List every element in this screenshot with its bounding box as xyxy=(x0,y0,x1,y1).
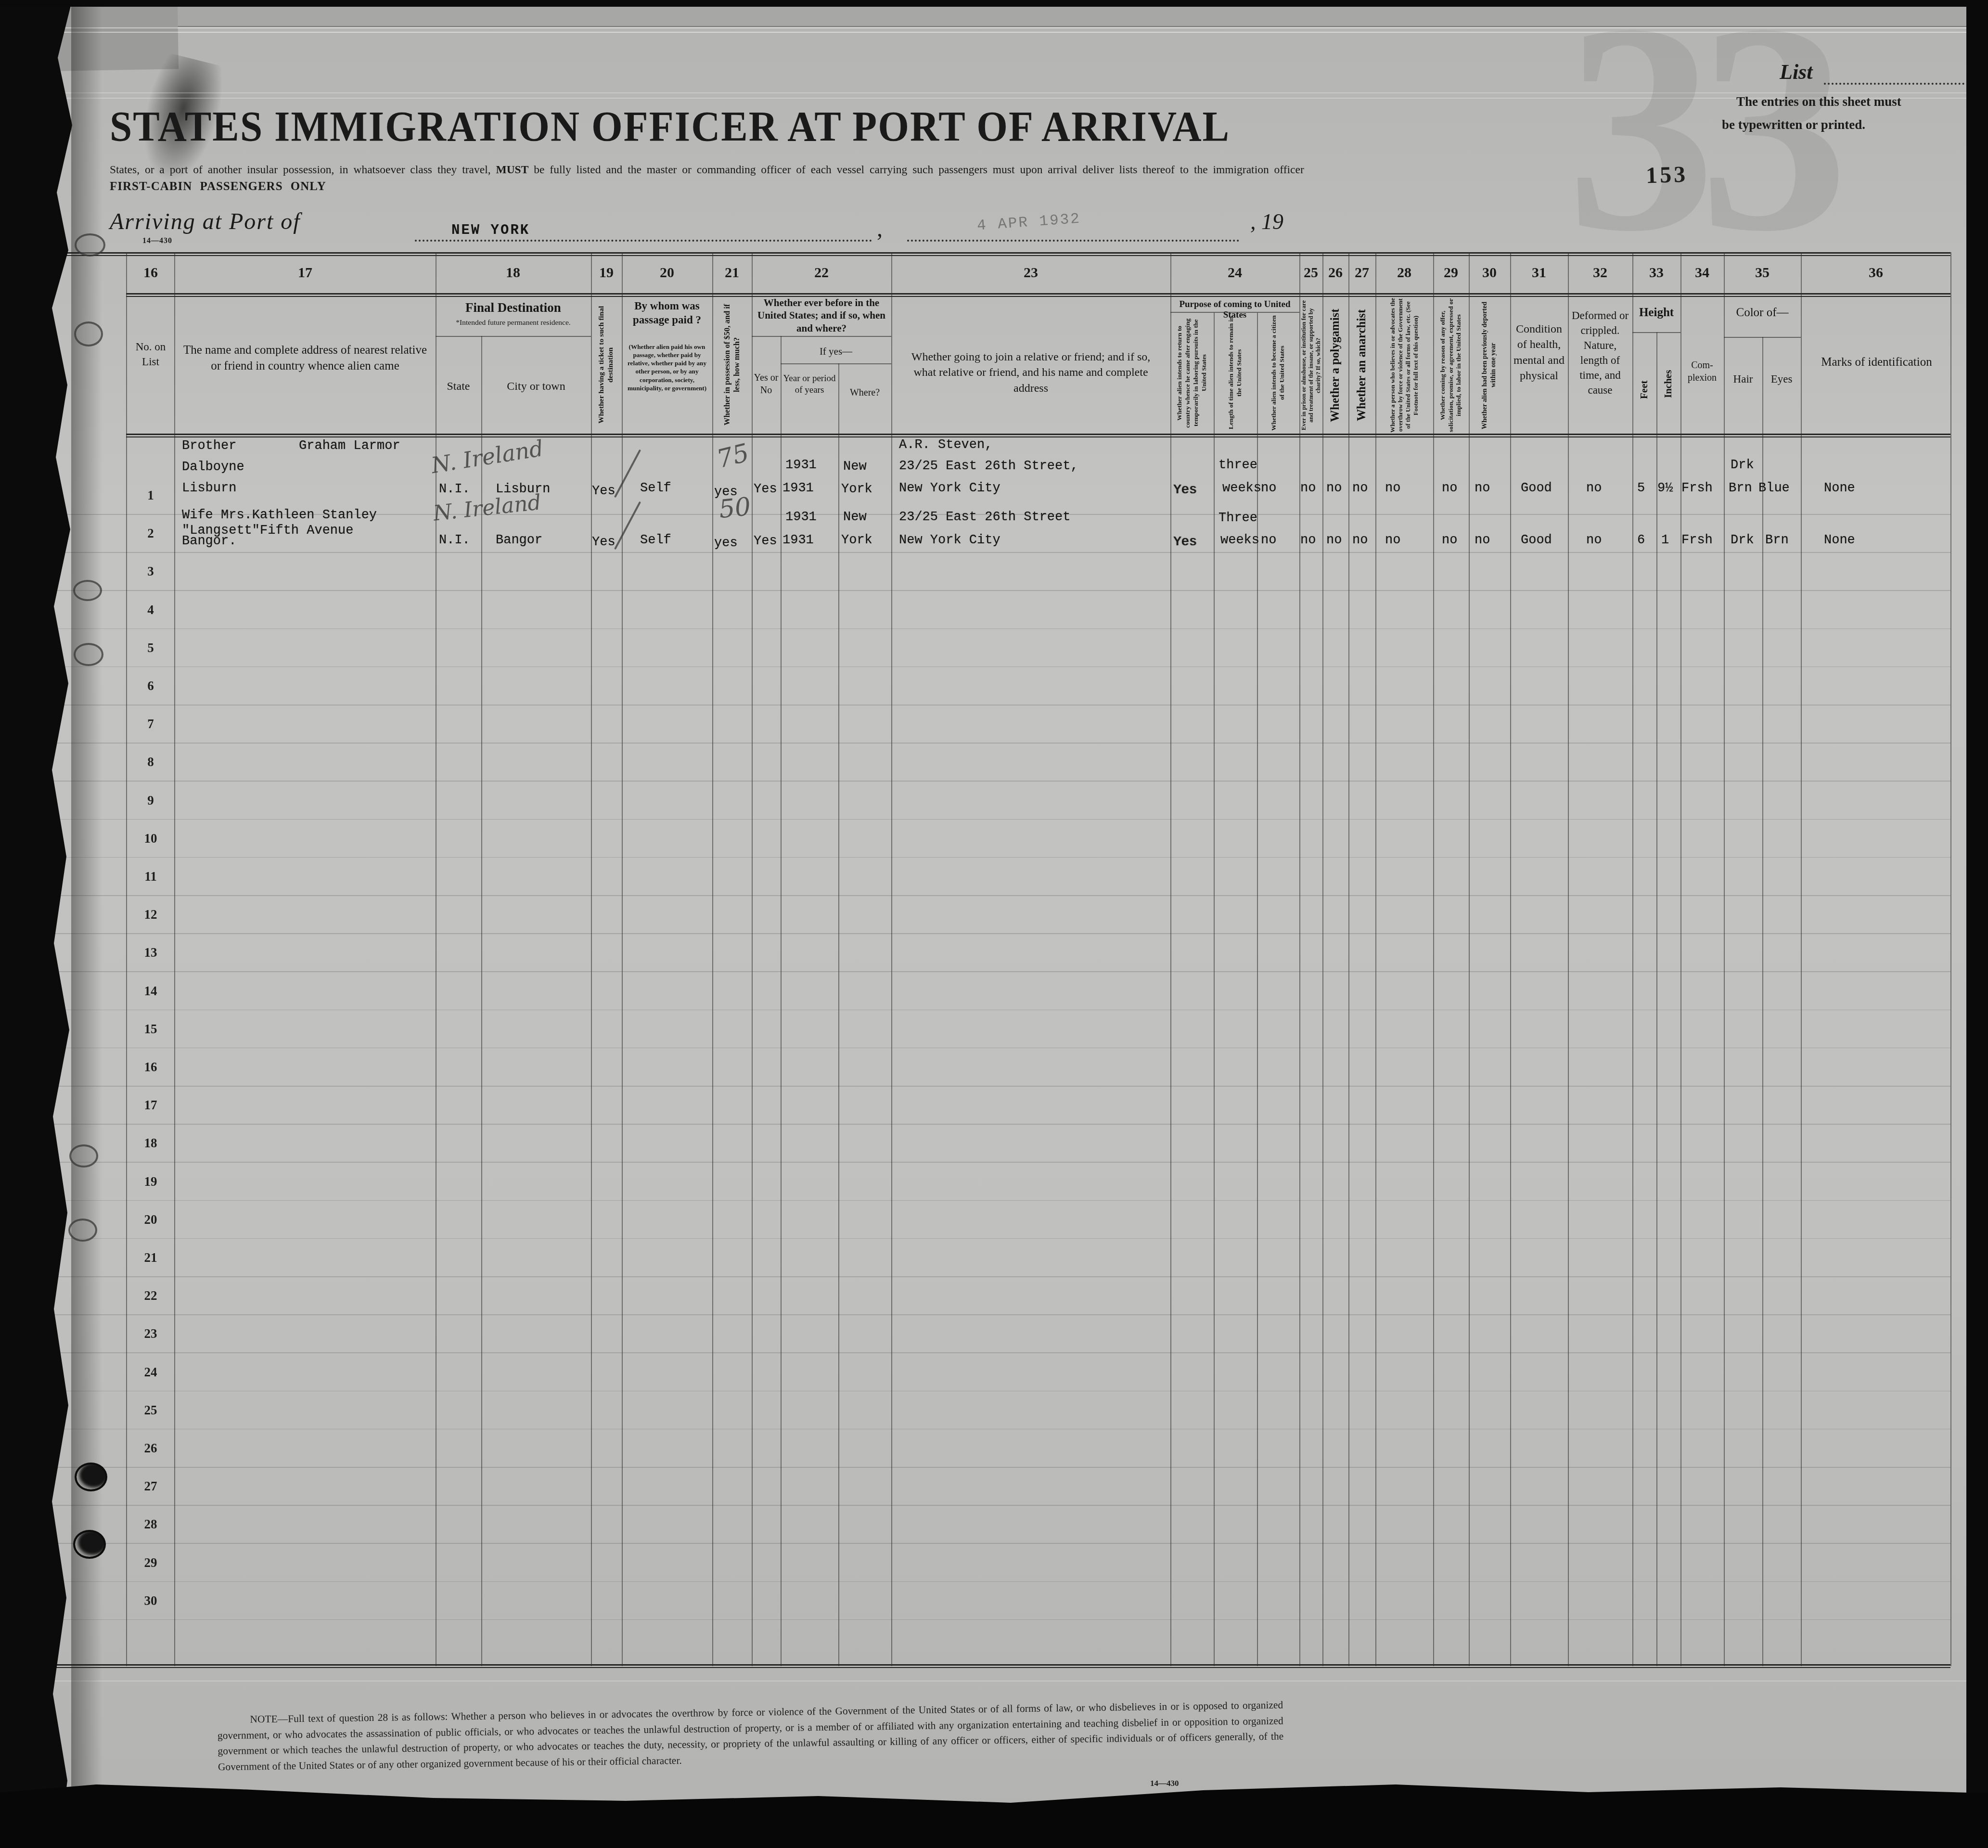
header-number-divider xyxy=(126,293,1950,297)
scanned-manifest-page: 33 STATES IMMIGRATION OFFICER AT PORT OF… xyxy=(0,0,1988,1848)
header-passage-paid-note: (Whether alien paid his own passage, whe… xyxy=(626,343,708,392)
row-line xyxy=(46,781,1950,782)
header-purpose-length: Length of time alien intends to remain i… xyxy=(1215,315,1256,431)
cell-paid-by: Self xyxy=(640,481,671,496)
cell-money: yes xyxy=(714,536,738,551)
header-rule xyxy=(1724,337,1801,338)
col-line xyxy=(1632,252,1633,1666)
header-possession-50: Whether in possession of $50, and if les… xyxy=(713,297,751,432)
scan-edge-right xyxy=(1966,0,1988,1848)
row-number: 4 xyxy=(129,603,172,617)
cell-stay-line2: weeks xyxy=(1222,481,1261,496)
hole-punch xyxy=(75,233,105,257)
header-marks: Marks of identification xyxy=(1806,354,1948,371)
header-bottom-border xyxy=(126,434,1950,437)
row-number: 22 xyxy=(129,1288,172,1303)
column-number: 32 xyxy=(1586,265,1615,281)
col-line xyxy=(1568,252,1569,1666)
row-number: 2 xyxy=(129,526,172,541)
cell-name-line1: Wife Mrs.Kathleen Stanley xyxy=(182,508,377,523)
cell-paid-by: Self xyxy=(640,533,671,548)
cell-state: N.I. xyxy=(439,533,470,548)
handwriting-state: N. Ireland xyxy=(429,435,545,478)
row-line xyxy=(46,857,1950,858)
list-label: List xyxy=(1780,60,1812,84)
scan-edge-top xyxy=(0,0,1988,7)
col-line xyxy=(1348,252,1349,1666)
first-cabin-label: FIRST-CABIN PASSENGERS ONLY xyxy=(110,180,326,193)
col-line xyxy=(1299,252,1300,1666)
row-number: 29 xyxy=(129,1555,172,1570)
col-line xyxy=(1469,252,1470,1666)
page-title: STATES IMMIGRATION OFFICER AT PORT OF AR… xyxy=(110,103,1230,151)
header-condition: Condition of health, mental and physical xyxy=(1511,321,1567,384)
header-polygamist: Whether a polygamist xyxy=(1322,297,1348,433)
cell-year-line2: 1931 xyxy=(782,533,814,548)
cell-where-line2: York xyxy=(841,482,872,497)
cell-polygamist: no xyxy=(1326,481,1342,496)
table-top-border xyxy=(46,252,1950,256)
header-rule xyxy=(752,336,891,337)
cell-ticket: Yes xyxy=(592,535,616,550)
cell-labor-offer: no xyxy=(1442,481,1457,496)
cell-state: N.I. xyxy=(439,482,470,497)
header-deformed: Deformed or crippled. Nature, length of … xyxy=(1569,308,1631,398)
column-number: 19 xyxy=(592,265,621,281)
header-ever-before: Whether ever before in the United States… xyxy=(753,296,890,334)
cell-year-line1: 1931 xyxy=(785,458,817,473)
cell-join-line1: 23/25 East 26th Street xyxy=(899,510,1070,525)
cell-where-line1: New xyxy=(843,460,867,474)
header-rule xyxy=(1632,332,1680,333)
date-dotted-line xyxy=(907,240,1239,242)
form-number-top: 14—430 xyxy=(142,237,172,245)
header-prison: Ever in prison or almshouse, or institut… xyxy=(1299,297,1322,433)
row-line xyxy=(46,552,1950,553)
col-line xyxy=(126,252,127,1666)
subcol-line xyxy=(1762,337,1763,1666)
cell-labor-offer: no xyxy=(1442,533,1457,548)
row-line xyxy=(46,1200,1950,1201)
cell-year-line2: 1931 xyxy=(782,481,814,496)
cell-overthrow: no xyxy=(1385,533,1400,548)
row-number: 12 xyxy=(129,907,172,922)
subcol-line xyxy=(481,336,482,1666)
hole-punch xyxy=(68,1219,97,1242)
row-number: 28 xyxy=(129,1517,172,1532)
header-eyes: Eyes xyxy=(1762,373,1801,385)
cell-name-line3: Bangor. xyxy=(182,534,236,549)
column-number: 29 xyxy=(1436,265,1465,281)
column-number: 18 xyxy=(499,265,527,281)
column-number: 34 xyxy=(1688,265,1717,281)
subtitle-pre: States, or a port of another insular pos… xyxy=(110,164,496,176)
typewritten-note-line2: be typewritten or printed. xyxy=(1722,117,1865,132)
header-join-relative: Whether going to join a relative or frie… xyxy=(901,349,1161,396)
cell-city: Bangor xyxy=(496,533,542,548)
row-line xyxy=(46,743,1950,744)
cell-ticket: Yes xyxy=(592,484,616,499)
row-number: 23 xyxy=(129,1326,172,1341)
col-line xyxy=(1433,252,1434,1666)
row-number: 15 xyxy=(129,1022,172,1037)
row-number: 19 xyxy=(129,1174,172,1189)
row-number: 18 xyxy=(129,1136,172,1151)
col-line xyxy=(1724,252,1725,1666)
header-inches: Inches xyxy=(1657,339,1680,428)
cell-health: Good xyxy=(1521,533,1552,548)
row-line xyxy=(46,1619,1950,1620)
header-no-on-list: No. on List xyxy=(127,339,174,369)
subtitle: States, or a port of another insular pos… xyxy=(110,164,1304,177)
col-line xyxy=(1510,252,1511,1666)
cell-name-line3: Lisburn xyxy=(182,481,236,496)
date-stamp: 4 APR 1932 xyxy=(976,211,1081,235)
row-number: 20 xyxy=(129,1212,172,1227)
row-line xyxy=(46,1124,1950,1125)
year-label: , 19 xyxy=(1250,209,1283,234)
header-purpose-return: Whether alien intends to return to count… xyxy=(1171,315,1213,431)
cell-health: Good xyxy=(1521,481,1552,496)
col-line xyxy=(1801,252,1802,1666)
row-number: 9 xyxy=(129,793,172,808)
col-line xyxy=(1375,252,1376,1666)
header-state: State xyxy=(436,380,481,393)
row-line xyxy=(46,1010,1950,1011)
header-rule xyxy=(781,363,891,364)
header-passage-paid: By whom was passage paid ? xyxy=(624,299,710,327)
col-line xyxy=(174,252,175,1666)
row-number: 10 xyxy=(129,831,172,846)
row-number: 7 xyxy=(129,717,172,731)
cell-join-line2: New York City xyxy=(899,533,1000,548)
cell-prison: no xyxy=(1300,533,1316,548)
cell-stay-line1: three xyxy=(1218,458,1257,473)
scan-streak xyxy=(0,1681,1988,1681)
arriving-at-port-label: Arriving at Port of xyxy=(110,208,301,235)
column-number: 22 xyxy=(807,265,836,281)
col-line xyxy=(591,252,592,1666)
cell-hair-line1: Drk xyxy=(1731,458,1754,473)
column-number: 27 xyxy=(1347,265,1376,281)
row-number: 13 xyxy=(129,945,172,960)
cell-marks: None xyxy=(1824,533,1855,548)
subcol-line xyxy=(838,363,839,1666)
column-number: 20 xyxy=(653,265,681,281)
header-purpose-citizen: Whether alien intends to become a citize… xyxy=(1258,315,1298,431)
cell-feet: 5 xyxy=(1637,481,1645,496)
row-line xyxy=(46,1238,1950,1239)
hole-punch xyxy=(73,580,102,601)
column-number: 23 xyxy=(1016,265,1045,281)
col-line xyxy=(1950,252,1951,1666)
cell-year-line1: 1931 xyxy=(785,510,817,525)
col-line xyxy=(891,252,892,1666)
column-number: 17 xyxy=(291,265,320,281)
col-line xyxy=(752,252,753,1666)
cell-complexion: Frsh xyxy=(1681,533,1713,548)
row-number: 6 xyxy=(129,679,172,693)
row-number: 8 xyxy=(129,755,172,770)
row-number: 17 xyxy=(129,1098,172,1113)
cell-complexion: Frsh xyxy=(1681,481,1713,496)
row-line xyxy=(46,590,1950,591)
header-deported: Whether alien had been previously deport… xyxy=(1470,297,1509,433)
column-number: 33 xyxy=(1642,265,1671,281)
row-line xyxy=(46,971,1950,972)
port-value: NEW YORK xyxy=(451,222,530,238)
cell-join-line2: 23/25 East 26th Street, xyxy=(899,459,1078,474)
handwriting-money: 75 xyxy=(714,438,752,474)
row-number: 25 xyxy=(129,1403,172,1418)
cell-before: Yes xyxy=(754,482,777,497)
row-line xyxy=(46,1581,1950,1582)
col-line xyxy=(1680,252,1681,1666)
row-line xyxy=(46,1276,1950,1277)
row-line xyxy=(46,629,1950,629)
column-number: 26 xyxy=(1321,265,1350,281)
footnote-question-28: NOTE—Full text of question 28 is as foll… xyxy=(217,1697,1284,1775)
row-number: 1 xyxy=(129,488,172,503)
list-dotted-line xyxy=(1824,83,1964,85)
form-number-bottom: 14—430 xyxy=(1150,1779,1179,1788)
column-number: 28 xyxy=(1390,265,1419,281)
typewritten-note-line1: The entries on this sheet must xyxy=(1736,94,1901,109)
cell-stay-line1: Three xyxy=(1218,511,1257,526)
header-final-destination: Final Destination xyxy=(436,300,591,315)
row-number: 26 xyxy=(129,1441,172,1456)
row-line xyxy=(46,1162,1950,1163)
cell-hair-line2: Drk xyxy=(1731,533,1754,548)
header-yes-no: Yes or No xyxy=(752,372,781,397)
hole-punch xyxy=(73,1530,106,1559)
header-city-or-town: City or town xyxy=(481,380,591,393)
cell-join-line1: A.R. Steven, xyxy=(899,438,992,452)
column-number: 24 xyxy=(1220,265,1249,281)
cell-polygamist: no xyxy=(1326,533,1342,548)
cell-join-line3: New York City xyxy=(899,481,1000,496)
row-number: 21 xyxy=(129,1250,172,1265)
cell-stay-line2: weeks xyxy=(1220,533,1259,548)
header-height: Height xyxy=(1632,306,1680,320)
cell-anarchist: no xyxy=(1352,533,1368,548)
header-ticket: Whether having a ticket to such final de… xyxy=(592,297,621,432)
comma: , xyxy=(877,216,883,242)
cell-before: Yes xyxy=(754,534,777,549)
page-number-stamp: 153 xyxy=(1645,161,1688,189)
paper-crease xyxy=(71,0,102,1848)
subtitle-must: MUST xyxy=(496,164,528,176)
header-feet: Feet xyxy=(1633,351,1655,428)
header-complexion: Com- plexion xyxy=(1680,359,1724,384)
table-bottom-border xyxy=(46,1664,1950,1668)
hole-punch xyxy=(74,321,103,346)
cell-where-line2: York xyxy=(841,533,872,548)
col-line xyxy=(622,252,623,1666)
cell-marks: None xyxy=(1824,481,1855,496)
row-line xyxy=(46,1391,1950,1392)
header-overthrow: Whether a person who believes in or advo… xyxy=(1376,297,1432,433)
cell-eyes: Brn xyxy=(1765,533,1789,548)
cell-where-line1: New xyxy=(843,510,867,525)
row-line xyxy=(46,1429,1950,1430)
cell-intends-return: Yes xyxy=(1173,535,1197,550)
hole-punch xyxy=(74,643,103,666)
header-hair: Hair xyxy=(1724,373,1762,385)
col-line xyxy=(1170,252,1171,1666)
cell-overthrow: no xyxy=(1385,481,1400,496)
row-line xyxy=(46,667,1950,667)
col-line xyxy=(712,252,713,1666)
subtitle-post: be fully listed and the master or comman… xyxy=(528,164,1304,176)
subcol-line xyxy=(781,336,782,1666)
row-line xyxy=(46,1505,1950,1506)
row-line xyxy=(46,1352,1950,1353)
cell-anarchist: no xyxy=(1352,481,1368,496)
hole-punch xyxy=(75,1463,107,1491)
header-name-address: The name and complete address of nearest… xyxy=(179,343,431,374)
cell-inches: 9½ xyxy=(1657,481,1673,496)
cell-citizen: no xyxy=(1261,481,1276,496)
row-line xyxy=(46,819,1950,820)
cell-hair-line2: Brn xyxy=(1729,481,1752,496)
row-number: 24 xyxy=(129,1365,172,1380)
col-line xyxy=(1322,252,1323,1666)
column-number: 31 xyxy=(1525,265,1553,281)
cell-name-line1: Brother Graham Larmor xyxy=(182,439,400,453)
row-number: 30 xyxy=(129,1593,172,1608)
row-number: 3 xyxy=(129,564,172,579)
cell-deformed: no xyxy=(1586,481,1602,496)
row-line xyxy=(46,1086,1950,1087)
port-dotted-line xyxy=(415,240,872,242)
column-number: 30 xyxy=(1475,265,1504,281)
cell-name-line2: Dalboyne xyxy=(182,460,244,475)
header-year-period: Year or period of years xyxy=(781,373,838,396)
header-if-yes: If yes— xyxy=(781,346,891,358)
subcol-line xyxy=(1214,313,1215,1666)
row-line xyxy=(46,1467,1950,1468)
subcol-line xyxy=(1656,332,1657,1666)
row-line xyxy=(46,1543,1950,1544)
cell-deported: no xyxy=(1475,481,1490,496)
handwriting-check xyxy=(614,449,641,498)
header-where: Where? xyxy=(838,387,891,398)
column-number: 35 xyxy=(1748,265,1777,281)
torn-edge xyxy=(0,0,79,1848)
row-line xyxy=(46,933,1950,934)
row-line xyxy=(46,1314,1950,1315)
row-line xyxy=(46,1048,1950,1049)
row-line xyxy=(46,895,1950,896)
row-number: 16 xyxy=(129,1060,172,1075)
cell-deported: no xyxy=(1475,533,1490,548)
header-color-of: Color of— xyxy=(1724,306,1801,320)
header-rule xyxy=(436,336,591,337)
column-number: 21 xyxy=(718,265,746,281)
header-labor-offer: Whether coming by reason of any offer, s… xyxy=(1434,297,1468,433)
cell-citizen: no xyxy=(1261,533,1276,548)
handwriting-check xyxy=(614,501,641,550)
row-number: 11 xyxy=(129,869,172,884)
hole-punch xyxy=(69,1144,98,1168)
row-number: 27 xyxy=(129,1479,172,1494)
cell-deformed: no xyxy=(1586,533,1602,548)
cell-feet: 6 xyxy=(1637,533,1645,548)
cell-intends-return: Yes xyxy=(1173,483,1197,498)
row-line xyxy=(46,705,1950,706)
row-number: 5 xyxy=(129,641,172,655)
column-number: 36 xyxy=(1861,265,1890,281)
cell-prison: no xyxy=(1300,481,1316,496)
row-number: 14 xyxy=(129,984,172,999)
header-anarchist: Whether an anarchist xyxy=(1348,297,1375,433)
cell-inches: 1 xyxy=(1661,533,1669,548)
handwriting-money: 50 xyxy=(718,492,752,525)
column-number: 16 xyxy=(136,265,165,281)
cell-eyes: Blue xyxy=(1758,481,1790,496)
header-final-destination-note: *Intended future permanent residence. xyxy=(436,319,591,327)
